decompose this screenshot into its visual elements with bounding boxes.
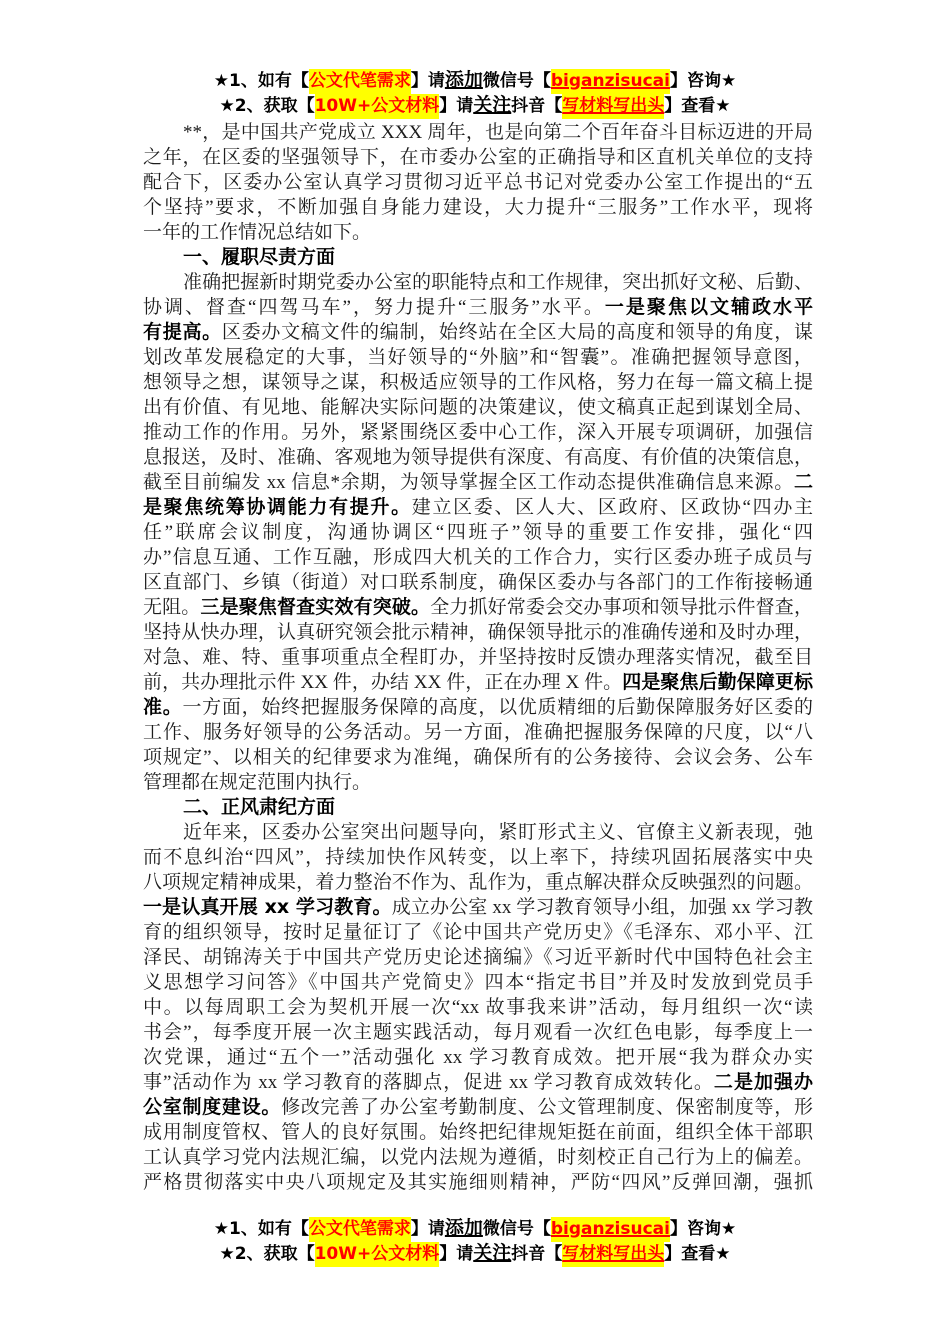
text-run: 坚持从快办理，认真研究领会批示精神，确保领导批示的准确传递和及时办理， — [143, 622, 813, 643]
banner-text: 】咨询 — [670, 1217, 721, 1242]
text-run: 八项规定精神成果，着力整治不作为、乱作为，重点解决群众反映强烈的问题。 — [143, 872, 813, 893]
text-run: 育的组织领导，按时足量征订了《论中国共产党历史》《毛泽东、邓小平、江 — [143, 922, 813, 943]
text-run: 配合下，区委办公室认真学习贯彻习近平总书记对党委办公室工作提出的“五 — [143, 172, 813, 193]
text-run: 近年来，区委办公室突出问题导向，紧盯形式主义、官僚主义新表现，弛 — [183, 822, 813, 843]
text-line: 严格贯彻落实中央八项规定及其实施细则精神，严防“四风”反弹回潮，强抓 — [143, 1170, 813, 1195]
text-line: 准。一方面，始终把握服务保障的高度，以优质精细的后勤保障服务好区委的 — [143, 695, 813, 720]
bold-text-run: 公室制度建设。 — [143, 1096, 281, 1118]
text-run: 无阻。 — [143, 597, 200, 618]
text-line: 划改革发展稳定的大事，当好领导的“外脑”和“智囊”。准确把握领导意图， — [143, 345, 813, 370]
text-run: 建立区委、区人大、区政府、区政协“四办主 — [412, 497, 813, 518]
text-line: 准确把握新时期党委办公室的职能特点和工作规律，突出抓好文秘、后勤、 — [143, 270, 813, 295]
text-run: 协调、督查“四驾马车”，努力提升“三服务”水平。 — [143, 297, 605, 318]
text-run: 工作、服务好领导的公务活动。另一方面，准确把握服务保障的尺度，以“八 — [143, 722, 813, 743]
banner-text: 2、获取【 — [235, 1242, 315, 1267]
bold-text-run: 四是聚焦后勤保障更标 — [622, 671, 813, 693]
emphasis-text: 添加 — [445, 1216, 483, 1241]
banner-line-1: ★ 1、如有【 公文代笔需求 】请 添加 微信号【 biganzisucai 】… — [0, 68, 950, 93]
emphasis-text: 添加 — [445, 68, 483, 93]
text-run: 书会”，每季度开展一次主题实践活动，每月观看一次红色电影，每季度上一 — [143, 1022, 813, 1043]
banner-text: 1、如有【 — [229, 69, 309, 94]
text-line: 想领导之想，谋领导之谋，积极适应领导的工作风格，努力在每一篇文稿上提 — [143, 370, 813, 395]
text-run: 推动工作的作用。另外，紧紧围绕区委中心工作，深入开展专项调研，加强信 — [143, 422, 813, 443]
text-run: 次党课，通过“五个一”活动强化 xx 学习教育成效。把开展“我为群众办实 — [143, 1047, 813, 1068]
text-line: 管理都在规定范围内执行。 — [143, 770, 813, 795]
text-line: 出有价值、有见地、能解决实际问题的决策建议，使文稿真正起到谋划全局、 — [143, 395, 813, 420]
document-body: **，是中国共产党成立 XXX 周年，也是向第二个百年奋斗目标迈进的开局 之年，… — [143, 120, 813, 1195]
text-line: 之年，在区委的坚强领导下，在市委办公室的正确指导和区直机关单位的支持 — [143, 145, 813, 170]
star-icon: ★ — [219, 1242, 234, 1267]
text-run: 项规定”、以相关的纪律要求为准绳，确保所有的公务接待、会议会务、公车 — [143, 747, 813, 768]
section-heading: 一、履职尽责方面 — [143, 245, 813, 270]
bold-text-run: 二是加强办 — [714, 1071, 813, 1093]
text-run: 一方面，始终把握服务保障的高度，以优质精细的后勤保障服务好区委的 — [182, 697, 813, 718]
text-line: 一年的工作情况总结如下。 — [143, 220, 813, 245]
text-run: 管理都在规定范围内执行。 — [143, 772, 371, 793]
text-line: 有提高。区委办文稿文件的编制，始终站在全区大局的高度和领导的角度，谋 — [143, 320, 813, 345]
text-run: **，是中国共产党成立 XXX 周年，也是向第二个百年奋斗目标迈进的开局 — [183, 122, 813, 143]
banner-text: 微信号【 — [483, 69, 551, 94]
star-icon: ★ — [715, 1242, 730, 1267]
highlight-douyin-id: 写材料写出头 — [562, 94, 664, 119]
text-run: 中。以每周职工会为契机开展一次“xx 故事我来讲”活动，每月组织一次“读 — [143, 997, 813, 1018]
text-run: 一年的工作情况总结如下。 — [143, 222, 371, 243]
highlight-wechat-id: biganzisucai — [551, 69, 670, 94]
text-run: 义思想学习问答》《中国共产党简史》四本“指定书目”并及时发放到党员手 — [143, 972, 813, 993]
text-line: 推动工作的作用。另外，紧紧围绕区委中心工作，深入开展专项调研，加强信 — [143, 420, 813, 445]
highlight-service-text: 公文代笔需求 — [309, 1217, 411, 1242]
text-line: 项规定”、以相关的纪律要求为准绳，确保所有的公务接待、会议会务、公车 — [143, 745, 813, 770]
banner-line-2: ★ 2、获取【 10W+公文材料 】请 关注 抖音【 写材料写出头 】查看 ★ — [0, 1241, 950, 1266]
star-icon: ★ — [721, 1217, 736, 1242]
highlight-wechat-id: biganzisucai — [551, 1217, 670, 1242]
text-run: 想领导之想，谋领导之谋，积极适应领导的工作风格，努力在每一篇文稿上提 — [143, 372, 813, 393]
banner-text: 】请 — [439, 94, 473, 119]
banner-text: 】查看 — [664, 1242, 715, 1267]
bold-text-run: 是聚焦统筹协调能力有提升。 — [143, 496, 412, 518]
text-line: 一是认真开展 xx 学习教育。成立办公室 xx 学习教育领导小组，加强 xx 学… — [143, 895, 813, 920]
text-line: 育的组织领导，按时足量征订了《论中国共产党历史》《毛泽东、邓小平、江 — [143, 920, 813, 945]
text-run: 个坚持”要求，不断加强自身能力建设，大力提升“三服务”工作水平，现将 — [143, 197, 813, 218]
text-run: 区委办文稿文件的编制，始终站在全区大局的高度和领导的角度，谋 — [222, 322, 813, 343]
banner-text: 】请 — [411, 69, 445, 94]
text-line: 截至目前编发 xx 信息*余期，为领导掌握全区工作动态提供准确信息来源。二 — [143, 470, 813, 495]
intro-paragraph: **，是中国共产党成立 XXX 周年，也是向第二个百年奋斗目标迈进的开局 之年，… — [143, 120, 813, 245]
text-run: 前，共办理批示件 XX 件，办结 XX 件，正在办理 X 件。 — [143, 672, 622, 693]
highlight-material-text: 10W+公文材料 — [315, 94, 440, 119]
text-run: 对急、难、特、重事项重点全程盯办，并坚持按时反馈办理落实情况，截至目 — [143, 647, 813, 668]
banner-text: 1、如有【 — [229, 1217, 309, 1242]
bold-text-run: 有提高。 — [143, 321, 222, 343]
banner-text: 抖音【 — [511, 1242, 562, 1267]
text-line: 近年来，区委办公室突出问题导向，紧盯形式主义、官僚主义新表现，弛 — [143, 820, 813, 845]
star-icon: ★ — [214, 1217, 229, 1242]
heading-text: 二、正风肃纪方面 — [183, 796, 335, 818]
text-line: 协调、督查“四驾马车”，努力提升“三服务”水平。一是聚焦以文辅政水平 — [143, 295, 813, 320]
text-run: 成立办公室 xx 学习教育领导小组，加强 xx 学习教 — [392, 897, 813, 918]
text-run: 之年，在区委的坚强领导下，在市委办公室的正确指导和区直机关单位的支持 — [143, 147, 813, 168]
footer-banner: ★ 1、如有【 公文代笔需求 】请 添加 微信号【 biganzisucai 】… — [0, 1216, 950, 1266]
text-run: 成用制度管权、管人的良好氛围。始终把纪律规矩挺在前面，组织全体干部职 — [143, 1122, 813, 1143]
text-line: 书会”，每季度开展一次主题实践活动，每月观看一次红色电影，每季度上一 — [143, 1020, 813, 1045]
emphasis-text: 关注 — [473, 1241, 511, 1266]
star-icon: ★ — [214, 69, 229, 94]
text-run: 泽民、胡锦涛关于中国共产党历史论述摘编》《习近平新时代中国特色社会主 — [143, 947, 813, 968]
text-line: 成用制度管权、管人的良好氛围。始终把纪律规矩挺在前面，组织全体干部职 — [143, 1120, 813, 1145]
text-line: 是聚焦统筹协调能力有提升。建立区委、区人大、区政府、区政协“四办主 — [143, 495, 813, 520]
banner-text: 】咨询 — [670, 69, 721, 94]
text-line: 泽民、胡锦涛关于中国共产党历史论述摘编》《习近平新时代中国特色社会主 — [143, 945, 813, 970]
text-line: 义思想学习问答》《中国共产党简史》四本“指定书目”并及时发放到党员手 — [143, 970, 813, 995]
banner-text: 抖音【 — [511, 94, 562, 119]
section-1-paragraph: 准确把握新时期党委办公室的职能特点和工作规律，突出抓好文秘、后勤、 协调、督查“… — [143, 270, 813, 795]
banner-line-1: ★ 1、如有【 公文代笔需求 】请 添加 微信号【 biganzisucai 】… — [0, 1216, 950, 1241]
text-run: 截至目前编发 xx 信息*余期，为领导掌握全区工作动态提供准确信息来源。 — [143, 472, 794, 493]
text-run: 工认真学习党内法规汇编，以党内法规为遵循，时刻校正自己行为上的偏差。 — [143, 1147, 813, 1168]
text-line: 工作、服务好领导的公务活动。另一方面，准确把握服务保障的尺度，以“八 — [143, 720, 813, 745]
text-run: 划改革发展稳定的大事，当好领导的“外脑”和“智囊”。准确把握领导意图， — [143, 347, 813, 368]
text-run: 息报送，及时、准确、客观地为领导提供有深度、有高度、有价值的决策信息， — [143, 447, 813, 468]
text-line: 次党课，通过“五个一”活动强化 xx 学习教育成效。把开展“我为群众办实 — [143, 1045, 813, 1070]
emphasis-text: 关注 — [473, 93, 511, 118]
banner-line-2: ★ 2、获取【 10W+公文材料 】请 关注 抖音【 写材料写出头 】查看 ★ — [0, 93, 950, 118]
banner-text: 】请 — [411, 1217, 445, 1242]
text-line: 任”联席会议制度，沟通协调区“四班子”领导的重要工作安排，强化“四 — [143, 520, 813, 545]
text-line: 前，共办理批示件 XX 件，办结 XX 件，正在办理 X 件。四是聚焦后勤保障更… — [143, 670, 813, 695]
text-line: 公室制度建设。修改完善了办公室考勤制度、公文管理制度、保密制度等，形 — [143, 1095, 813, 1120]
bold-text-run: 一是聚焦以文辅政水平 — [605, 296, 813, 318]
text-run: 区直部门、乡镇（街道）对口联系制度，确保区委办与各部门的工作衔接畅通 — [143, 572, 813, 593]
text-line: 区直部门、乡镇（街道）对口联系制度，确保区委办与各部门的工作衔接畅通 — [143, 570, 813, 595]
bold-text-run: 二 — [794, 471, 813, 493]
text-line: 而不息纠治“四风”，持续加快作风转变，以上率下，持续巩固拓展落实中央 — [143, 845, 813, 870]
text-line: 息报送，及时、准确、客观地为领导提供有深度、有高度、有价值的决策信息， — [143, 445, 813, 470]
text-run: 事”活动作为 xx 学习教育的落脚点，促进 xx 学习教育成效转化。 — [143, 1072, 714, 1093]
text-line: 工认真学习党内法规汇编，以党内法规为遵循，时刻校正自己行为上的偏差。 — [143, 1145, 813, 1170]
text-run: 办”信息互通、工作互融，形成四大机关的工作合力，实行区委办班子成员与 — [143, 547, 813, 568]
star-icon: ★ — [219, 94, 234, 119]
text-run: 全力抓好常委会交办事项和领导批示件督查， — [430, 597, 813, 618]
bold-text-run: 三是聚焦督查实效有突破。 — [200, 596, 430, 618]
bold-text-run: 一是认真开展 xx 学习教育。 — [143, 896, 392, 918]
section-heading: 二、正风肃纪方面 — [143, 795, 813, 820]
banner-text: 】请 — [439, 1242, 473, 1267]
highlight-service-text: 公文代笔需求 — [309, 69, 411, 94]
highlight-douyin-id: 写材料写出头 — [562, 1242, 664, 1267]
star-icon: ★ — [721, 69, 736, 94]
text-line: 八项规定精神成果，着力整治不作为、乱作为，重点解决群众反映强烈的问题。 — [143, 870, 813, 895]
text-run: 而不息纠治“四风”，持续加快作风转变，以上率下，持续巩固拓展落实中央 — [143, 847, 813, 868]
heading-text: 一、履职尽责方面 — [183, 246, 335, 268]
header-banner: ★ 1、如有【 公文代笔需求 】请 添加 微信号【 biganzisucai 】… — [0, 68, 950, 118]
text-line: 中。以每周职工会为契机开展一次“xx 故事我来讲”活动，每月组织一次“读 — [143, 995, 813, 1020]
text-line: 办”信息互通、工作互融，形成四大机关的工作合力，实行区委办班子成员与 — [143, 545, 813, 570]
text-line: 对急、难、特、重事项重点全程盯办，并坚持按时反馈办理落实情况，截至目 — [143, 645, 813, 670]
text-line: 坚持从快办理，认真研究领会批示精神，确保领导批示的准确传递和及时办理， — [143, 620, 813, 645]
text-run: 修改完善了办公室考勤制度、公文管理制度、保密制度等，形 — [281, 1097, 813, 1118]
document-page: ★ 1、如有【 公文代笔需求 】请 添加 微信号【 biganzisucai 】… — [0, 0, 950, 1344]
highlight-material-text: 10W+公文材料 — [315, 1242, 440, 1267]
bold-text-run: 准。 — [143, 696, 182, 718]
section-2-paragraph: 近年来，区委办公室突出问题导向，紧盯形式主义、官僚主义新表现，弛 而不息纠治“四… — [143, 820, 813, 1195]
text-run: 严格贯彻落实中央八项规定及其实施细则精神，严防“四风”反弹回潮，强抓 — [143, 1172, 813, 1193]
text-line: 无阻。三是聚焦督查实效有突破。全力抓好常委会交办事项和领导批示件督查， — [143, 595, 813, 620]
text-line: **，是中国共产党成立 XXX 周年，也是向第二个百年奋斗目标迈进的开局 — [143, 120, 813, 145]
banner-text: 2、获取【 — [235, 94, 315, 119]
text-run: 准确把握新时期党委办公室的职能特点和工作规律，突出抓好文秘、后勤、 — [183, 272, 813, 293]
text-run: 出有价值、有见地、能解决实际问题的决策建议，使文稿真正起到谋划全局、 — [143, 397, 813, 418]
text-line: 个坚持”要求，不断加强自身能力建设，大力提升“三服务”工作水平，现将 — [143, 195, 813, 220]
text-line: 事”活动作为 xx 学习教育的落脚点，促进 xx 学习教育成效转化。二是加强办 — [143, 1070, 813, 1095]
banner-text: 】查看 — [664, 94, 715, 119]
star-icon: ★ — [715, 94, 730, 119]
banner-text: 微信号【 — [483, 1217, 551, 1242]
text-line: 配合下，区委办公室认真学习贯彻习近平总书记对党委办公室工作提出的“五 — [143, 170, 813, 195]
text-run: 任”联席会议制度，沟通协调区“四班子”领导的重要工作安排，强化“四 — [143, 522, 813, 543]
